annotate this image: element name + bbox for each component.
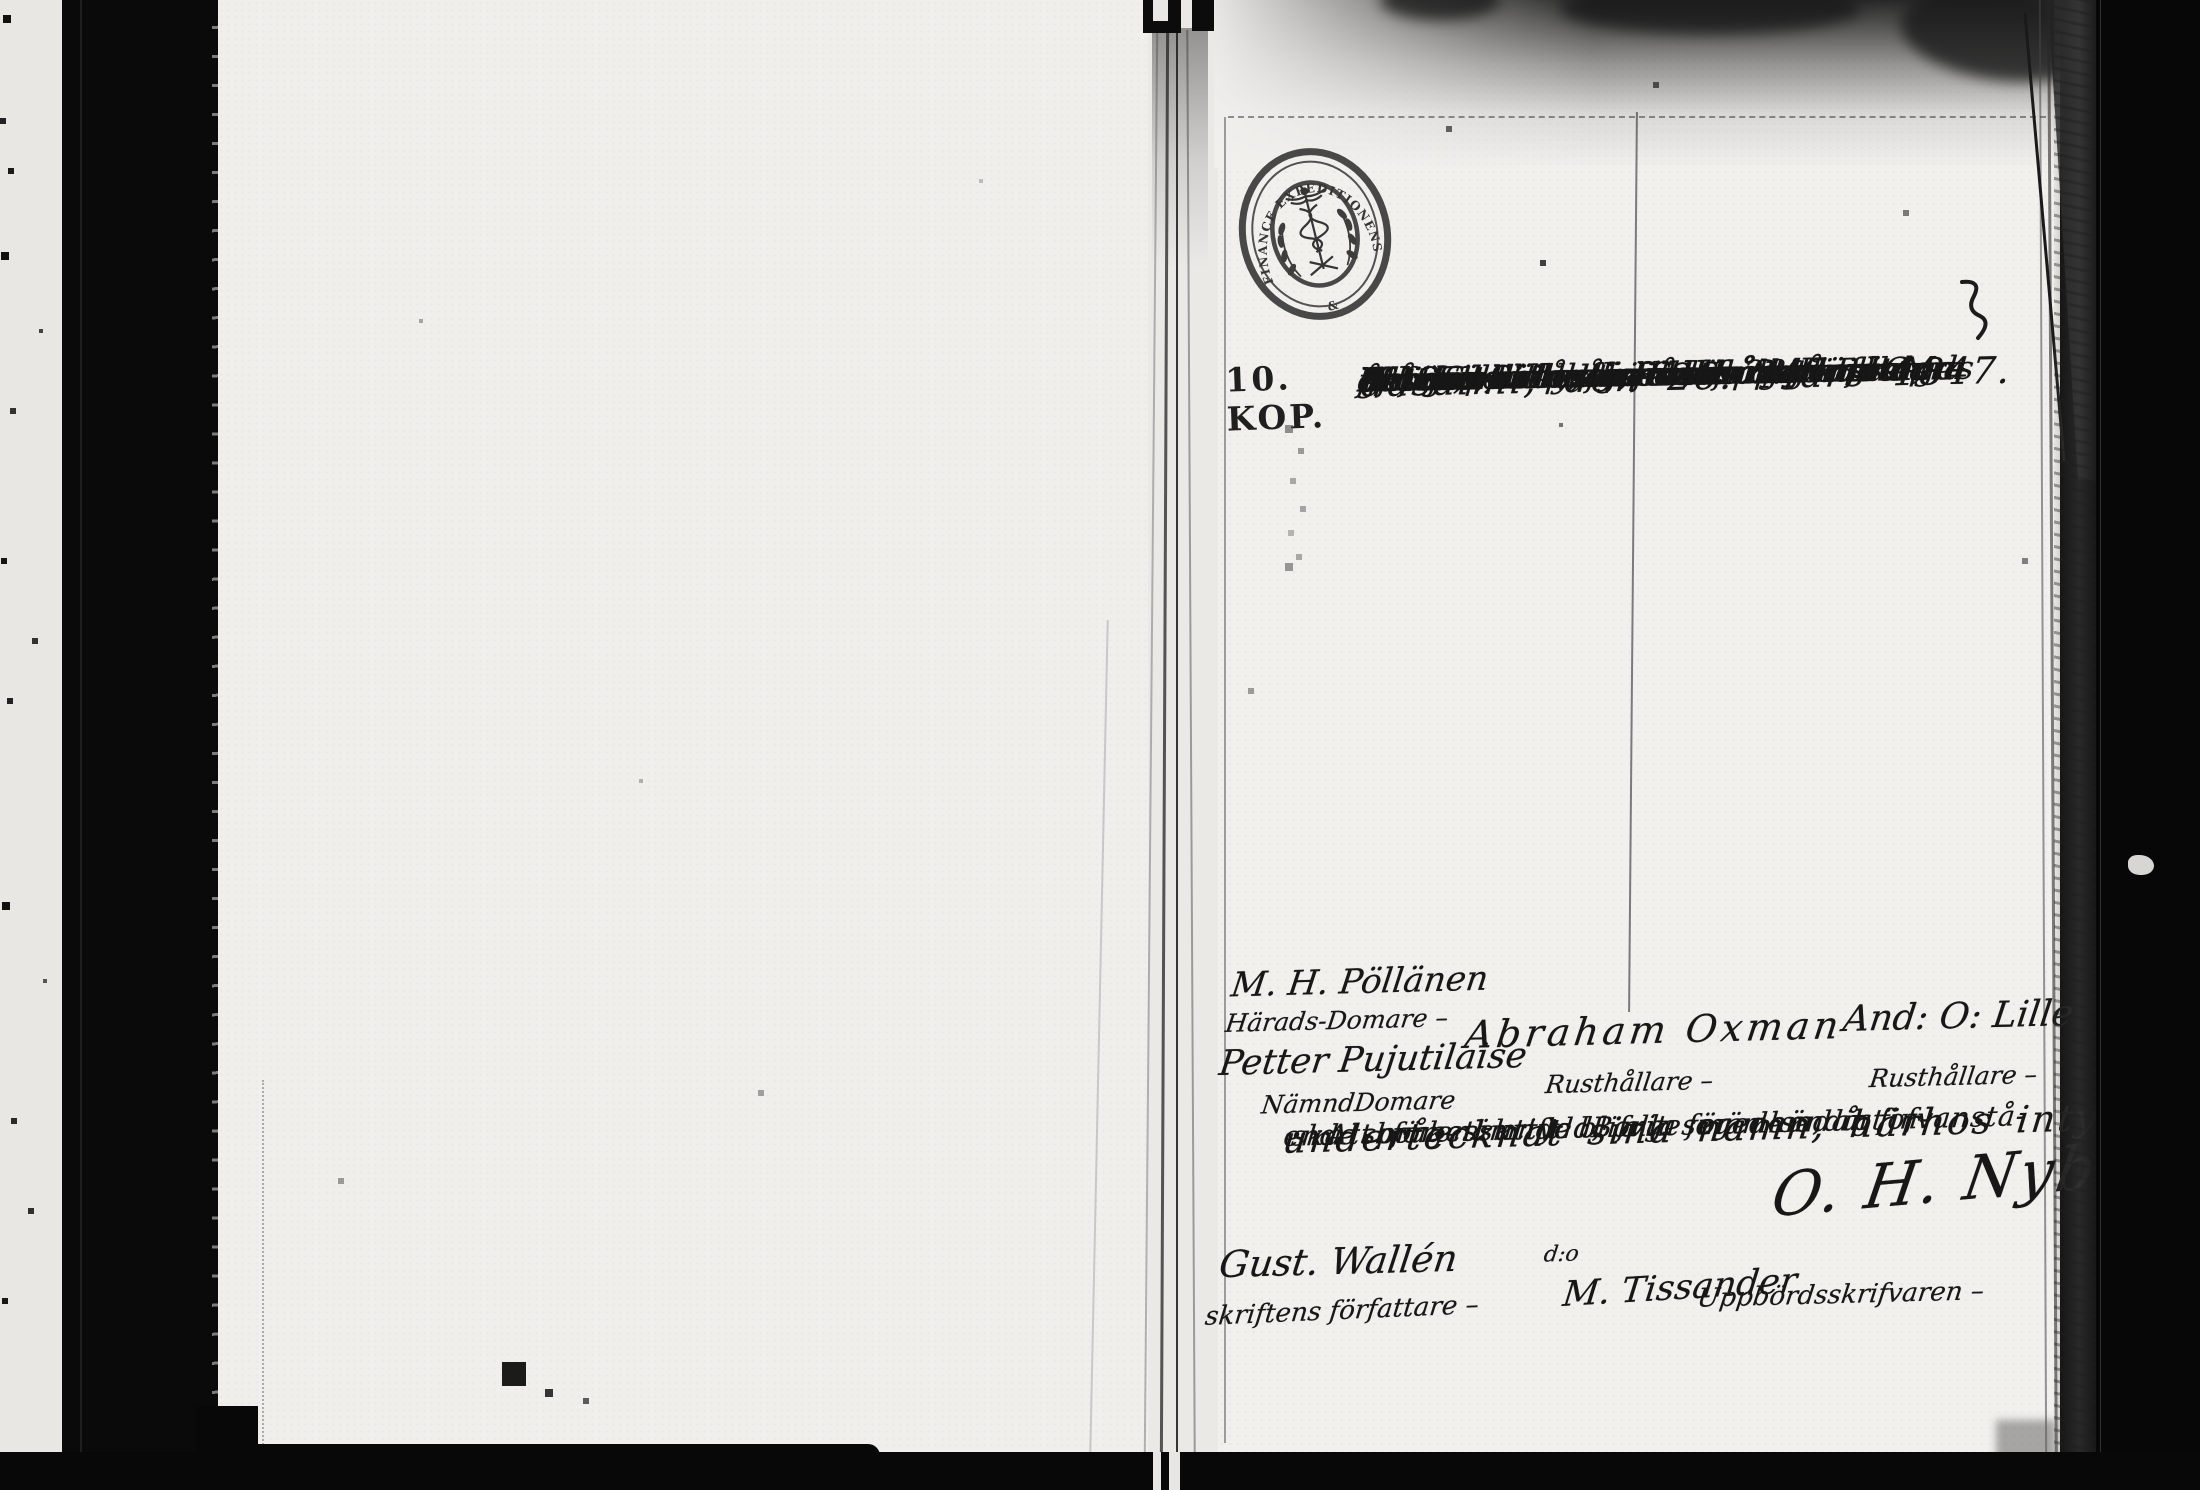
signature-title: Härads-Domare – [1224,1003,1450,1038]
signature-title: Rusthållare – [1544,1066,1715,1099]
scan-black-band-left [62,0,218,1490]
cropped-print-fragment [1192,0,1214,31]
seal-ampersand: & [1326,298,1340,314]
bottom-edge-irregularity [240,1444,880,1456]
fold-line [1176,30,1178,1455]
paper-fragment [2128,855,2154,875]
page-crease [262,1080,264,1452]
cropped-print-fragment [1143,0,1181,33]
page-stack-edge-highlight [2100,0,2101,1490]
top-edge-smudge-fade [1214,0,1594,168]
film-sheen-line [80,0,82,1490]
gutter-smudge [1152,28,1208,268]
scanned-archival-document: FINANCE EXPEDITIONENS CHARTE STEMPEL & [0,0,2200,1490]
left-page-blank [218,0,1148,1455]
signature-title: Rusthållare – [1868,1060,2039,1093]
stamp-ghost-marks [1286,420,1288,422]
torn-paper-edge-right [2054,0,2100,1465]
ink-specks [0,0,2,2]
signature-name: And: O: Lille [1841,993,2076,1040]
ditto-mark: d:o [1542,1242,1580,1268]
page-edge-gap [1153,1452,1161,1490]
ink-squiggle-mark [1952,276,1998,348]
scan-black-band-right [2096,0,2200,1490]
signature-name: M. H. Pöllänen [1229,959,1491,1006]
scan-black-band-bottom [0,1452,2200,1490]
writer-signature: Gust. Wallén [1217,1237,1461,1286]
stamp-duty-value: 10. KOP. [1225,355,1378,438]
film-edge-strip [0,0,62,1490]
page-edge-gap [1169,1452,1180,1490]
